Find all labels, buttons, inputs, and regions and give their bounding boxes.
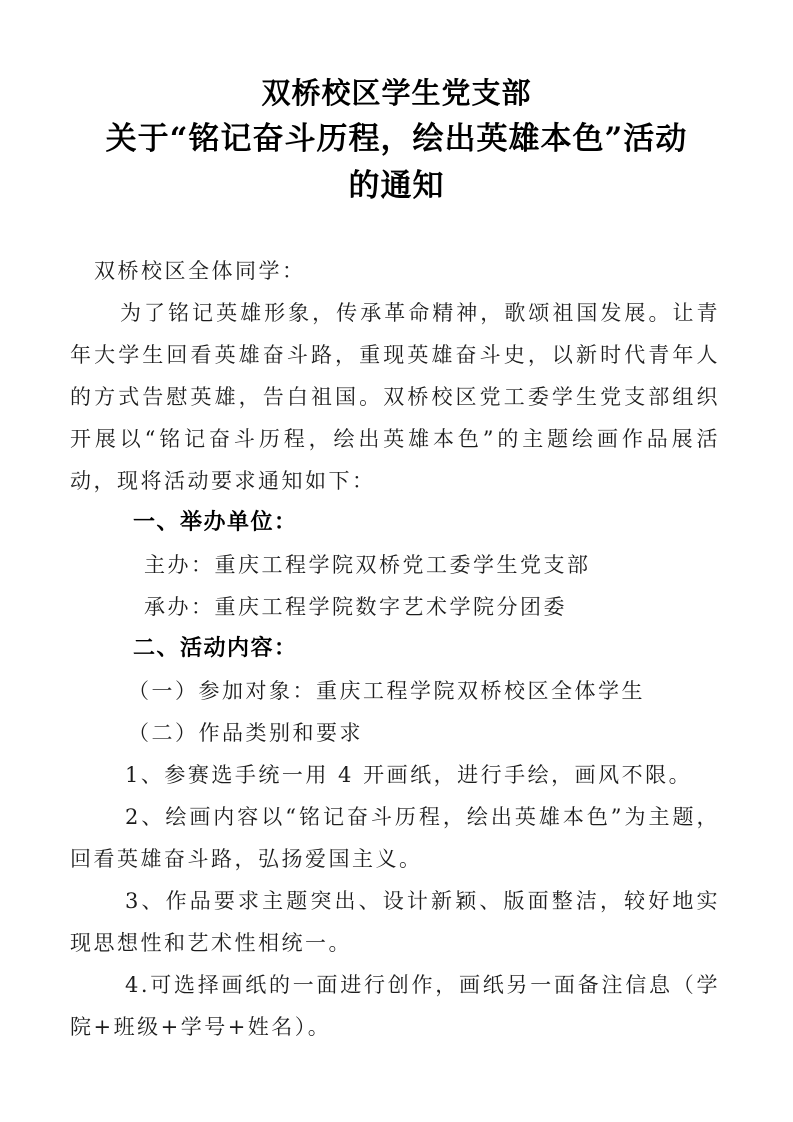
document-body: 双桥校区全体同学： 为了铭记英雄形象，传承革命精神，歌颂祖国发展。让青年大学生回… <box>70 250 720 1048</box>
document-page: 双桥校区学生党支部 关于“铭记奋斗历程，绘出英雄本色”活动 的通知 双桥校区全体… <box>0 0 793 1122</box>
rule-item-4: 4.可选择画纸的一面进行创作，画纸另一面备注信息（学院+班级+学号+姓名）。 <box>70 964 720 1048</box>
title-line-2: 关于“铭记奋斗历程，绘出英雄本色”活动 <box>0 116 793 163</box>
participants-item: （一）参加对象：重庆工程学院双桥校区全体学生 <box>70 670 720 712</box>
title-line-3: 的通知 <box>0 163 793 210</box>
intro-paragraph: 为了铭记英雄形象，传承革命精神，歌颂祖国发展。让青年大学生回看英雄奋斗路，重现英… <box>70 292 720 502</box>
rule-item-1: 1、参赛选手统一用 4 开画纸，进行手绘，画风不限。 <box>70 754 720 796</box>
section-1-heading: 一、举办单位： <box>70 502 720 544</box>
rule-item-2: 2、绘画内容以“铭记奋斗历程，绘出英雄本色”为主题，回看英雄奋斗路，弘扬爱国主义… <box>70 796 720 880</box>
rule-item-3: 3、作品要求主题突出、设计新颖、版面整洁，较好地实现思想性和艺术性相统一。 <box>70 880 720 964</box>
undertaker-organizer-line: 承办：重庆工程学院数字艺术学院分团委 <box>70 586 720 628</box>
title-line-1: 双桥校区学生党支部 <box>0 70 793 116</box>
host-organizer-line: 主办：重庆工程学院双桥党工委学生党支部 <box>70 544 720 586</box>
section-2-heading: 二、活动内容： <box>70 628 720 670</box>
document-title: 双桥校区学生党支部 关于“铭记奋斗历程，绘出英雄本色”活动 的通知 <box>0 0 793 210</box>
salutation-line: 双桥校区全体同学： <box>70 250 720 292</box>
category-item: （二）作品类别和要求 <box>70 712 720 754</box>
